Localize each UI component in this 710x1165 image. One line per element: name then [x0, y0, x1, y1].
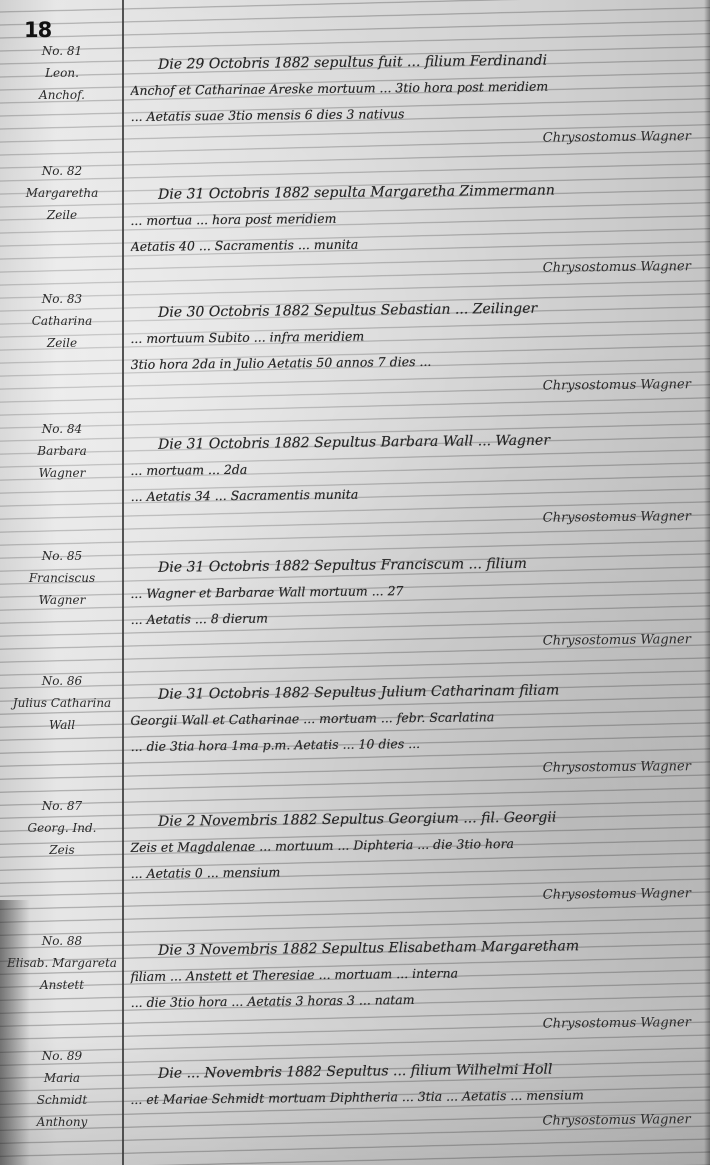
register-page: 18 No. 81 Leon. Anchof. Die 29 Octobris …: [0, 0, 710, 1165]
entry-number: No. 84: [6, 418, 118, 440]
page-edge-shadow: [704, 0, 710, 1165]
entry-name: Franciscus: [6, 567, 118, 589]
entry-number: No. 88: [6, 930, 118, 952]
entry-margin: No. 88 Elisab. Margareta Anstett: [6, 930, 118, 996]
entry-text: Die 29 Octobris 1882 sepultus fuit ... f…: [130, 46, 699, 156]
entry-name: Georg. Ind.: [6, 817, 118, 839]
entry-number: No. 82: [6, 160, 118, 182]
entry-name: Anstett: [6, 974, 118, 996]
entry-name: Leon.: [6, 62, 118, 84]
entry-number: No. 81: [6, 40, 118, 62]
entry-number: No. 87: [6, 795, 118, 817]
entry-text: Die 30 Octobris 1882 Sepultus Sebastian …: [130, 294, 699, 404]
entry-text: Die ... Novembris 1882 Sepultus ... fili…: [130, 1055, 699, 1139]
entry-margin: No. 85 Franciscus Wagner: [6, 545, 118, 611]
entry-name: Anchof.: [6, 84, 118, 106]
entry-text: Die 2 Novembris 1882 Sepultus Georgium .…: [130, 803, 699, 913]
entry-margin: No. 87 Georg. Ind. Zeis: [6, 795, 118, 861]
entry-number: No. 89: [6, 1045, 118, 1067]
entry-name: Zeile: [6, 332, 118, 354]
entry-name: Wall: [6, 714, 118, 736]
margin-column-rule: [122, 0, 124, 1165]
entry-text: Die 31 Octobris 1882 Sepultus Julium Cat…: [130, 676, 699, 786]
entry-margin: No. 84 Barbara Wagner: [6, 418, 118, 484]
entry-text: Die 31 Octobris 1882 sepulta Margaretha …: [130, 176, 699, 286]
entry-margin: No. 89 Maria Schmidt Anthony: [6, 1045, 118, 1133]
entry-name: Catharina: [6, 310, 118, 332]
entry-name: Maria: [6, 1067, 118, 1089]
entry-margin: No. 81 Leon. Anchof.: [6, 40, 118, 106]
entry-number: No. 85: [6, 545, 118, 567]
entry-number: No. 86: [6, 670, 118, 692]
entry-name: Wagner: [6, 462, 118, 484]
entry-name: Wagner: [6, 589, 118, 611]
entry-name: Julius Catharina: [6, 692, 118, 714]
entry-name: Barbara: [6, 440, 118, 462]
entry-margin: No. 83 Catharina Zeile: [6, 288, 118, 354]
entry-name: Elisab. Margareta: [6, 952, 118, 974]
entry-name: Anthony: [6, 1111, 118, 1133]
entry-number: No. 83: [6, 288, 118, 310]
entry-name: Zeile: [6, 204, 118, 226]
entry-name: Schmidt: [6, 1089, 118, 1111]
entry-name: Margaretha: [6, 182, 118, 204]
page-number: 18: [24, 18, 51, 42]
entry-name: Zeis: [6, 839, 118, 861]
entry-text: Die 3 Novembris 1882 Sepultus Elisabetha…: [130, 932, 699, 1042]
entry-margin: No. 86 Julius Catharina Wall: [6, 670, 118, 736]
entry-text: Die 31 Octobris 1882 Sepultus Franciscum…: [130, 549, 699, 659]
entry-text: Die 31 Octobris 1882 Sepultus Barbara Wa…: [130, 426, 699, 536]
entry-margin: No. 82 Margaretha Zeile: [6, 160, 118, 226]
